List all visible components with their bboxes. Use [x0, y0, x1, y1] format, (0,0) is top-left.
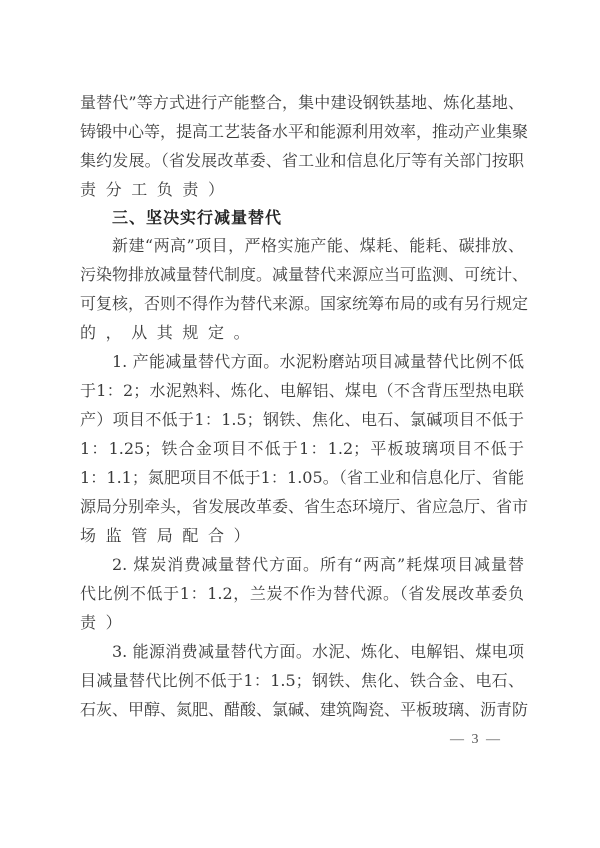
section-heading: 三、坚决实行减量替代	[80, 204, 524, 231]
text-line: 责分工负责）	[80, 175, 524, 204]
text-line: 铸锻中心等，提高工艺装备水平和能源利用效率，推动产业集聚	[80, 117, 524, 146]
text-line: 集约发展。（省发展改革委、省工业和信息化厅等有关部门按职	[80, 146, 524, 175]
text-line: 责）	[80, 608, 524, 637]
text-line: 场监管局配合）	[80, 521, 524, 550]
text-line: 1：1.25；铁合金项目不低于1：1.2；平板玻璃项目不低于	[80, 434, 524, 463]
item-1-paragraph: 1. 产能减量替代方面。水泥粉磨站项目减量替代比例不低 于1：2；水泥熟料、炼化…	[80, 347, 524, 550]
continuation-paragraph: 量替代”等方式进行产能整合，集中建设钢铁基地、炼化基地、 铸锻中心等，提高工艺装…	[80, 88, 524, 204]
text-line: 2. 煤炭消费减量替代方面。所有“两高”耗煤项目减量替	[80, 550, 524, 579]
text-line: 1：1.1；氮肥项目不低于1：1.05。（省工业和信息化厅、省能	[80, 463, 524, 492]
text-line: 代比例不低于1：1.2，兰炭不作为替代源。（省发展改革委负	[80, 579, 524, 608]
text-line: 新建“两高”项目，严格实施产能、煤耗、能耗、碳排放、	[80, 231, 524, 260]
text-line: 3. 能源消费减量替代方面。水泥、炼化、电解铝、煤电项	[80, 637, 524, 666]
text-line: 产）项目不低于1：1.5；钢铁、焦化、电石、氯碱项目不低于	[80, 405, 524, 434]
item-3-paragraph: 3. 能源消费减量替代方面。水泥、炼化、电解铝、煤电项 目减量替代比例不低于1：…	[80, 637, 524, 724]
text-line: 源局分别牵头，省发展改革委、省生态环境厅、省应急厅、省市	[80, 492, 524, 521]
document-page: 量替代”等方式进行产能整合，集中建设钢铁基地、炼化基地、 铸锻中心等，提高工艺装…	[80, 88, 524, 724]
text-line: 的，从其规定。	[80, 318, 524, 347]
text-line: 于1：2；水泥熟料、炼化、电解铝、煤电（不含背压型热电联	[80, 376, 524, 405]
text-line: 量替代”等方式进行产能整合，集中建设钢铁基地、炼化基地、	[80, 88, 524, 117]
text-line: 1. 产能减量替代方面。水泥粉磨站项目减量替代比例不低	[80, 347, 524, 376]
item-2-paragraph: 2. 煤炭消费减量替代方面。所有“两高”耗煤项目减量替 代比例不低于1：1.2，…	[80, 550, 524, 637]
text-line: 石灰、甲醇、氮肥、醋酸、氯碱、建筑陶瓷、平板玻璃、沥青防	[80, 695, 524, 724]
page-number: — 3 —	[450, 732, 502, 748]
text-line: 可复核，否则不得作为替代来源。国家统筹布局的或有另行规定	[80, 289, 524, 318]
text-line: 目减量替代比例不低于1：1.5；钢铁、焦化、铁合金、电石、	[80, 666, 524, 695]
intro-paragraph: 新建“两高”项目，严格实施产能、煤耗、能耗、碳排放、 污染物排放减量替代制度。减…	[80, 231, 524, 347]
text-line: 污染物排放减量替代制度。减量替代来源应当可监测、可统计、	[80, 260, 524, 289]
